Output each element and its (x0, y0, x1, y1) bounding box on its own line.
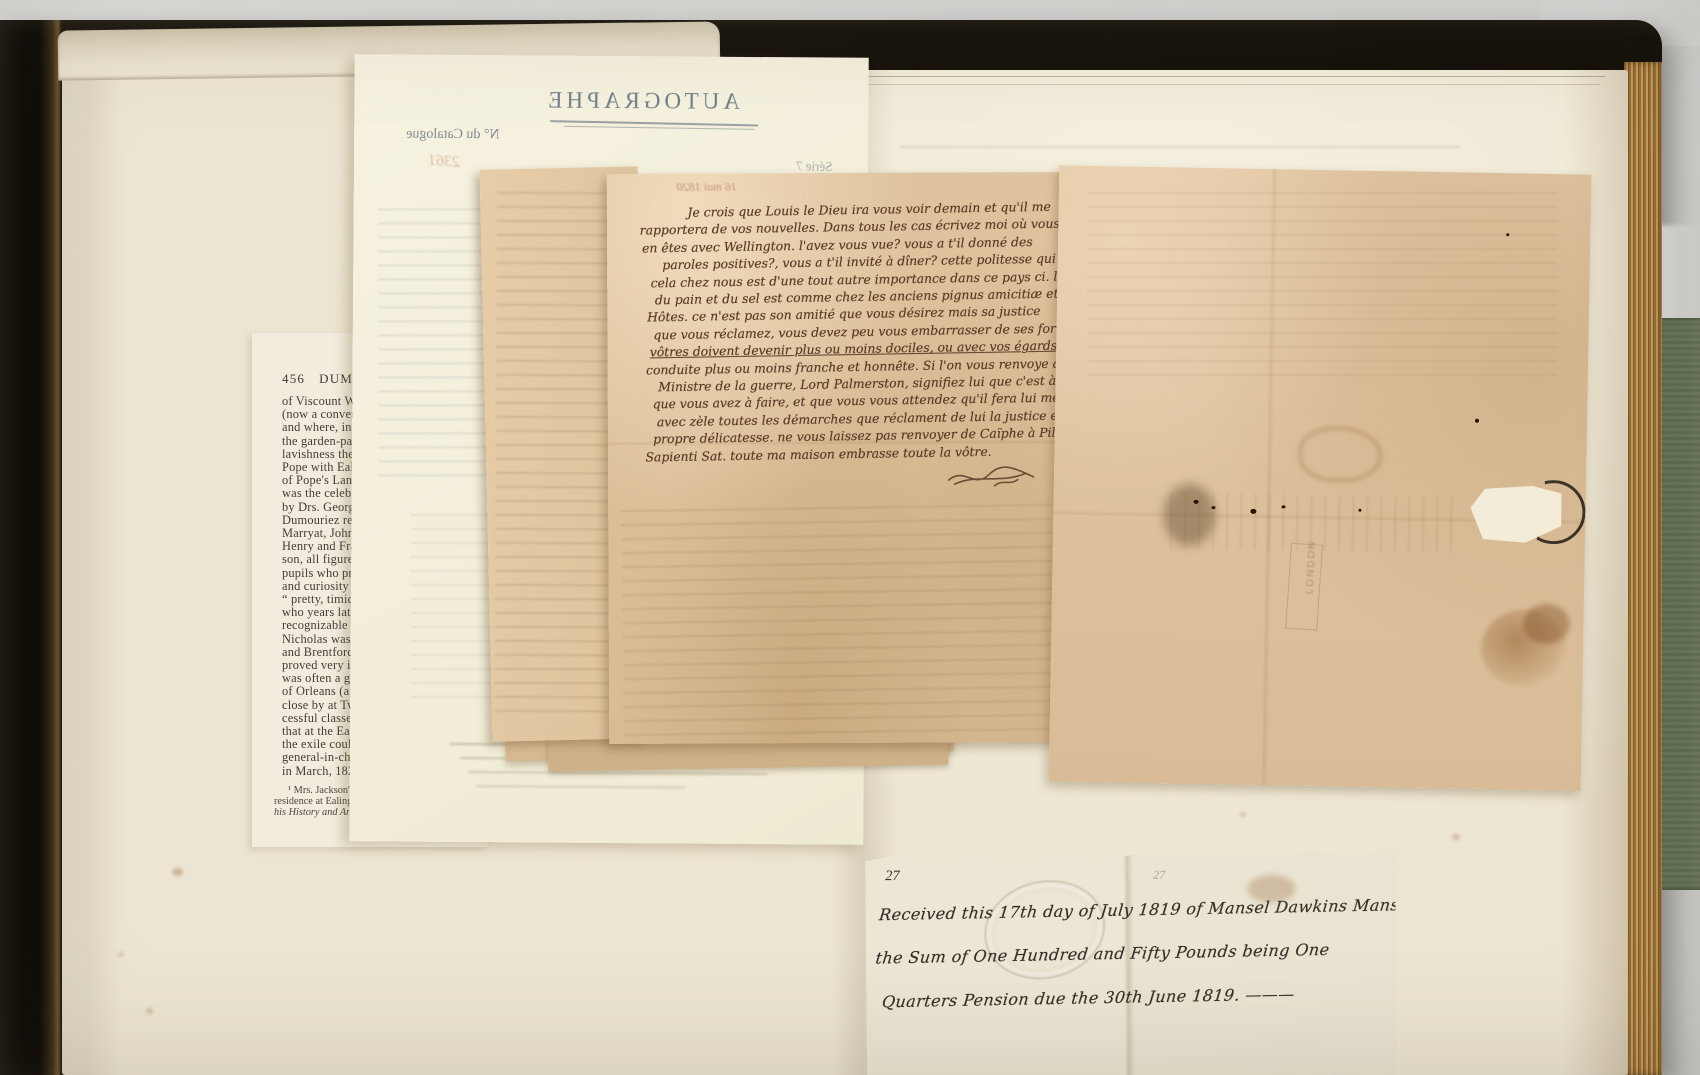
letter-lower-showthrough (621, 500, 1054, 736)
foxing-spot (1452, 834, 1460, 840)
ink-speck (1358, 509, 1361, 512)
foxing-spot (118, 952, 124, 957)
catalogue-number-value: 2361 (427, 152, 460, 172)
receipt-corner-number: 27 (885, 868, 900, 885)
autographe-stamp: AUTOGRAPHE (544, 88, 740, 115)
signature-flourish (944, 464, 1040, 490)
postmark-london: LONDON (1299, 539, 1320, 595)
clipping-page-number: 456 (282, 371, 305, 386)
ring-stain (1298, 426, 1383, 483)
autographe-underline-2 (564, 126, 754, 130)
foxing-spot (172, 868, 183, 876)
letter-right-leaf: LONDON (1049, 165, 1592, 790)
foxing-spot (1240, 812, 1246, 817)
sheet-print-line (468, 771, 768, 775)
receipt-line: Quarters Pension due the 30th June 1819.… (881, 984, 1296, 1011)
receipt-corner-number-right: 27 (1153, 868, 1165, 883)
ink-speck (1194, 500, 1199, 504)
album-top-edge-line2 (760, 84, 1600, 85)
photo-scene: 456DUMOURIEZ AN of Viscount Weymouth. (n… (0, 0, 1700, 1075)
fore-edge-gilt (1624, 62, 1662, 1075)
letter-bleed-date: 16 mai 1820 (677, 177, 737, 195)
letter-text-block: Je crois que Louis le Dieu ira vous voir… (631, 197, 1067, 466)
foxing-spot (146, 1008, 153, 1014)
right-page-crease (900, 146, 1460, 148)
letter-left-leaf: 16 mai 1820 Je crois que Louis le Dieu i… (607, 172, 1067, 744)
sheet-print-line (476, 785, 686, 788)
right-leaf-showthrough-upper (1087, 186, 1557, 376)
catalogue-number-label: N° du Catalogue (406, 125, 500, 144)
ink-speck (1211, 506, 1215, 509)
ink-speck (1250, 509, 1256, 514)
ink-speck (1475, 419, 1479, 423)
ink-speck (1506, 233, 1509, 236)
receipt: 27 27 Received this 17th day of July 181… (865, 848, 1397, 1075)
left-board-edge (0, 20, 62, 1075)
receipt-line: the Sum of One Hundred and Fifty Pounds … (875, 940, 1331, 968)
receipt-line: Received this 17th day of July 1819 of M… (878, 894, 1397, 924)
ink-speck (1281, 505, 1285, 508)
embossed-revenue-stamp (975, 869, 1115, 991)
